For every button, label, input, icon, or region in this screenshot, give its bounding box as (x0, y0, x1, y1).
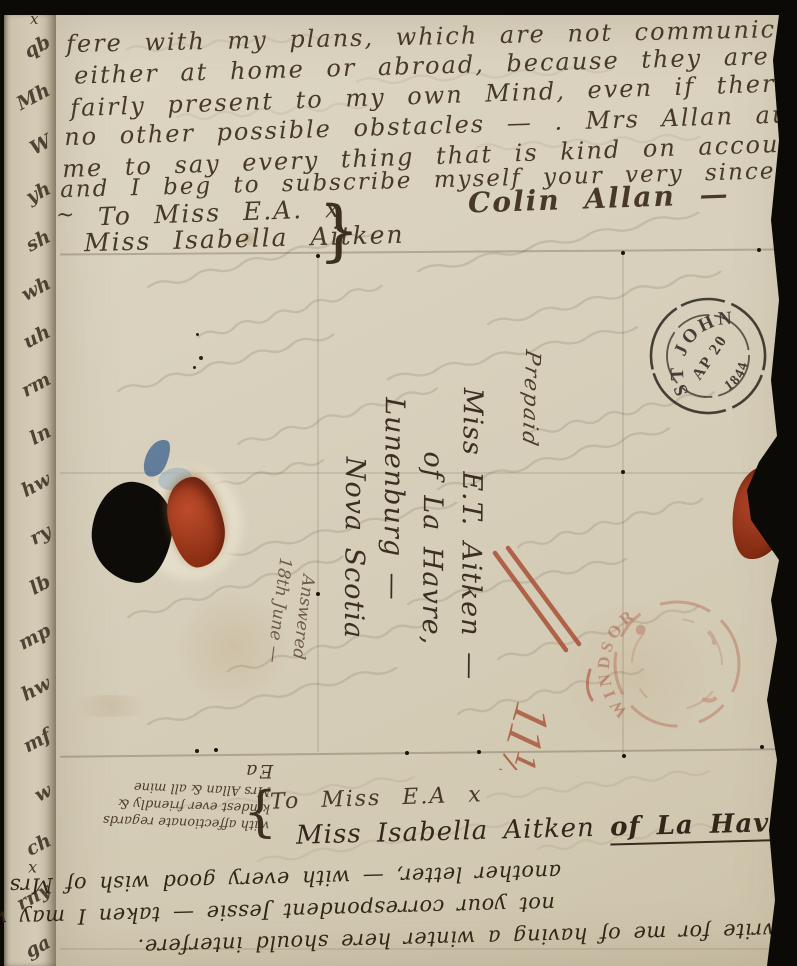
corner-x-mark-bottom: x (26, 860, 37, 879)
torn-right-edge (737, 0, 797, 966)
strip-fragment: hw (17, 468, 54, 502)
address-line: Nova Scotia (333, 457, 374, 732)
crease-dot (195, 749, 199, 753)
strip-fragment: lb (27, 570, 55, 599)
fold-crease-vertical-left (317, 252, 319, 752)
ink-speck (193, 366, 196, 369)
ink-speck (199, 356, 203, 360)
rate-mark-value: 11½ (484, 697, 562, 770)
adjacent-page-strip: qb Mh W yh sh wh uh rm ln hw ry lb mp hw… (4, 14, 56, 966)
strip-fragment: mf (19, 725, 54, 758)
address-line: Lunenburg — (372, 397, 414, 732)
ink-speck (196, 333, 199, 336)
crease-dot (214, 748, 218, 752)
ea-mark: Ea (244, 760, 273, 782)
letter-scan: qb Mh W yh sh wh uh rm ln hw ry lb mp hw… (0, 0, 797, 966)
crease-dot (405, 751, 409, 755)
strip-fragment: ry (26, 520, 55, 549)
strip-fragment: rm (17, 368, 54, 402)
strip-fragment: ch (22, 829, 55, 860)
strip-fragment: uh (20, 321, 55, 353)
strip-fragment: mp (14, 619, 54, 654)
inverted-letter-text: write for me of having a winter here sho… (17, 850, 781, 966)
strip-fragment: qb (21, 31, 55, 63)
address-line: of La Havre, (411, 451, 452, 732)
strip-fragment: w (30, 779, 55, 806)
brace-right: } (318, 192, 362, 269)
strip-fragment: hw (17, 672, 54, 706)
strip-fragment: sh (23, 226, 55, 257)
crease-dot (621, 251, 625, 255)
dash-mark: ~ (56, 203, 76, 228)
address-block: Miss E.T. Aitken — of La Havre, Lunenbur… (333, 387, 492, 733)
crease-dot (621, 470, 625, 474)
strip-fragment: ln (26, 420, 55, 449)
address-line: Miss E.T. Aitken — (450, 388, 492, 733)
prepaid-notation: Prepaid (518, 348, 545, 450)
strip-fragment: wh (17, 272, 54, 306)
crease-dot (622, 754, 626, 758)
strip-fragment: Mh (13, 79, 54, 115)
strip-fragment: W (26, 130, 55, 159)
scan-top-edge (0, 0, 797, 15)
strip-fragment: yh (22, 177, 54, 208)
